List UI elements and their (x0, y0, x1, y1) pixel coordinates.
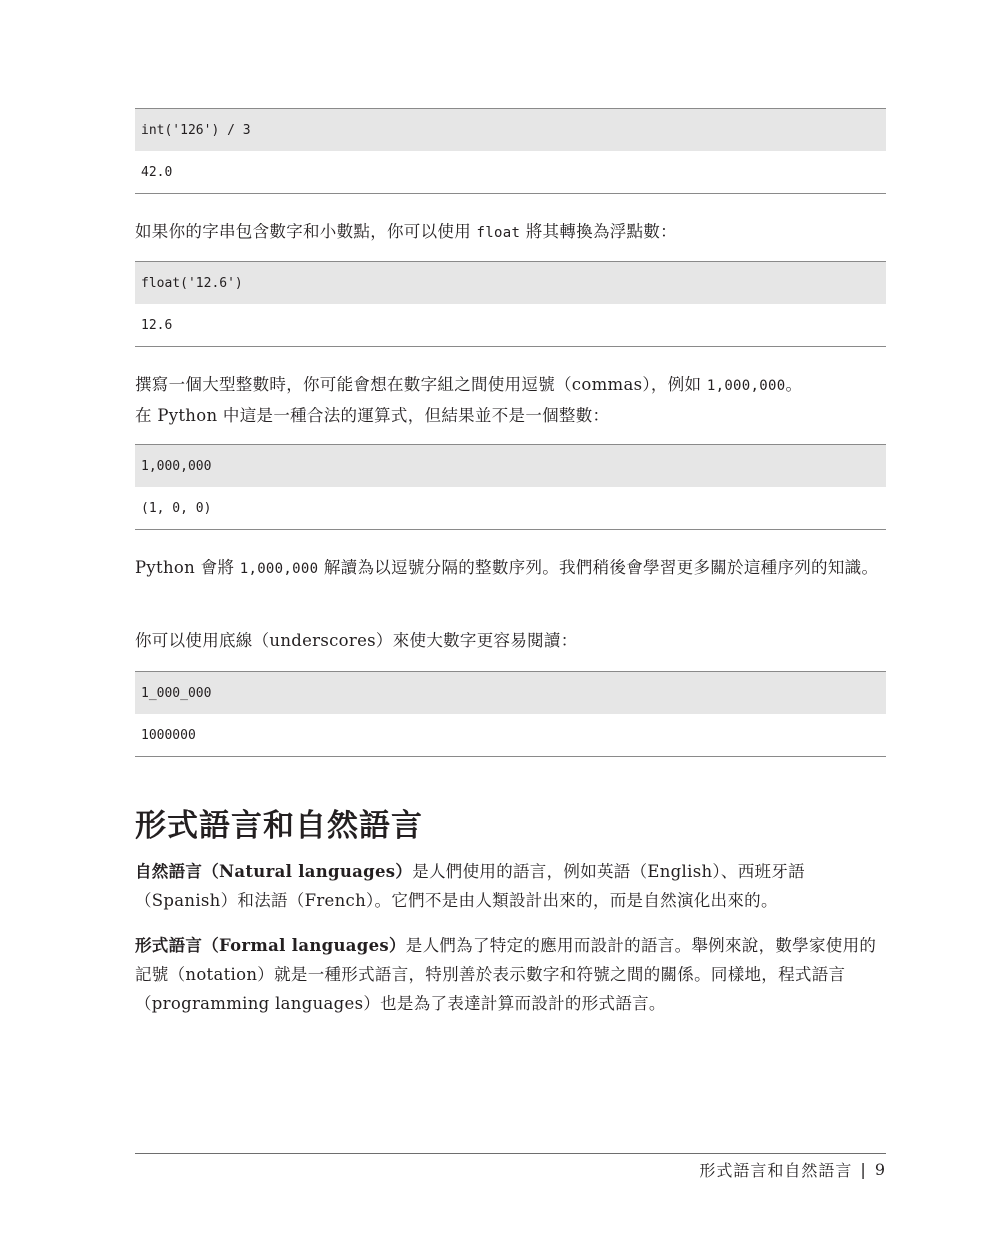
term-natural-languages: 自然語言（Natural languages） (135, 862, 412, 881)
footer-chapter-title: 形式語言和自然語言 (699, 1158, 852, 1181)
code-input: 1_000_000 (135, 672, 886, 714)
code-block-underscores: 1_000_000 1000000 (135, 671, 886, 757)
inline-code: float (477, 225, 521, 241)
paragraph-natural-languages: 自然語言（Natural languages）是人們使用的語言，例如英語（Eng… (135, 857, 886, 915)
text: 如果你的字串包含數字和小數點，你可以使用 (135, 222, 477, 241)
code-input: int('126') / 3 (135, 109, 886, 151)
text: 。 (785, 375, 802, 394)
paragraph-line: 撰寫一個大型整數時，你可能會想在數字組之間使用逗號（commas），例如 1,0… (135, 370, 886, 401)
section-heading: 形式語言和自然語言 (135, 800, 423, 845)
inline-code: 1,000,000 (240, 561, 319, 577)
paragraph-commas-intro: 撰寫一個大型整數時，你可能會想在數字組之間使用逗號（commas），例如 1,0… (135, 370, 886, 430)
text: 將其轉換為浮點數： (520, 222, 677, 241)
text: 撰寫一個大型整數時，你可能會想在數字組之間使用逗號（commas），例如 (135, 375, 707, 394)
code-output: 1000000 (135, 714, 886, 756)
code-output: (1, 0, 0) (135, 487, 886, 529)
code-input: 1,000,000 (135, 445, 886, 487)
paragraph-python-interprets: Python 會將 1,000,000 解讀為以逗號分隔的整數序列。我們稍後會學… (135, 553, 886, 584)
page-footer: 形式語言和自然語言 | 9 (699, 1158, 886, 1181)
paragraph-underscores-intro: 你可以使用底線（underscores）來使大數字更容易閱讀： (135, 626, 886, 655)
code-output: 42.0 (135, 151, 886, 193)
code-block-float: float('12.6') 12.6 (135, 261, 886, 347)
paragraph-line: 在 Python 中這是一種合法的運算式，但結果並不是一個整數： (135, 401, 886, 430)
text: Python 會將 (135, 558, 240, 577)
paragraph-formal-languages: 形式語言（Formal languages）是人們為了特定的應用而設計的語言。舉… (135, 931, 886, 1018)
footer-rule (135, 1153, 886, 1154)
paragraph-float-intro: 如果你的字串包含數字和小數點，你可以使用 float 將其轉換為浮點數： (135, 217, 886, 248)
code-output: 12.6 (135, 304, 886, 346)
code-input: float('12.6') (135, 262, 886, 304)
term-formal-languages: 形式語言（Formal languages） (135, 936, 406, 955)
footer-separator: | (860, 1160, 866, 1179)
inline-code: 1,000,000 (707, 378, 786, 394)
page-number: 9 (875, 1160, 886, 1179)
code-block-int-division: int('126') / 3 42.0 (135, 108, 886, 194)
text: 解讀為以逗號分隔的整數序列。我們稍後會學習更多關於這種序列的知識。 (318, 558, 878, 577)
code-block-commas: 1,000,000 (1, 0, 0) (135, 444, 886, 530)
